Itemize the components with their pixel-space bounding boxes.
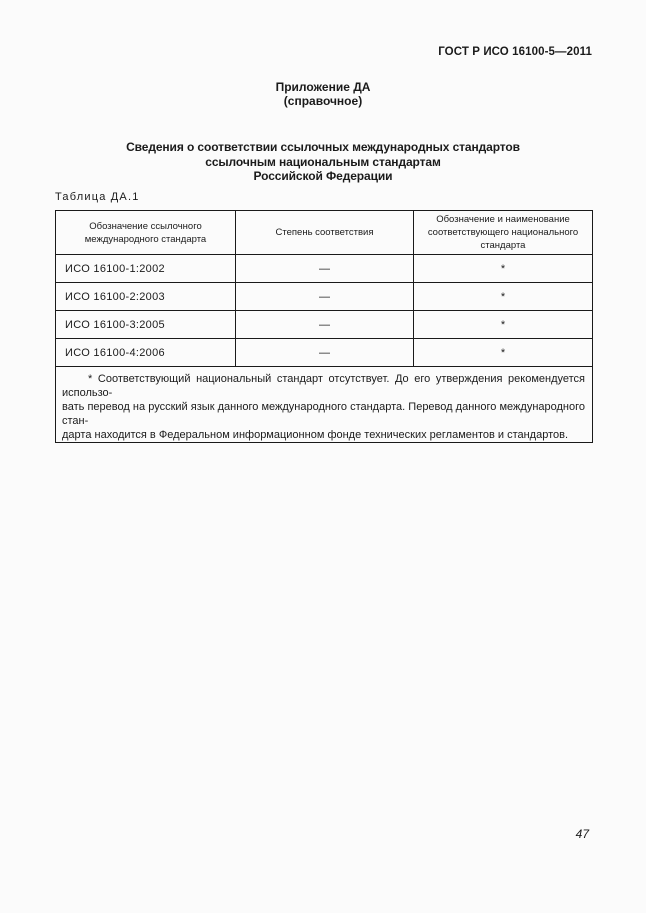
title-line: Российской Федерации <box>0 169 646 184</box>
cell-international-standard: ИСО 16100-3:2005 <box>56 311 236 339</box>
cell-international-standard: ИСО 16100-1:2002 <box>56 255 236 283</box>
table-row: ИСО 16100-2:2003 — * <box>56 283 593 311</box>
standards-correspondence-table: Обозначение ссылочного международного ст… <box>55 210 593 443</box>
cell-international-standard: ИСО 16100-4:2006 <box>56 339 236 367</box>
table-row: ИСО 16100-1:2002 — * <box>56 255 593 283</box>
table-row: ИСО 16100-3:2005 — * <box>56 311 593 339</box>
document-page: ГОСТ Р ИСО 16100-5—2011 Приложение ДА (с… <box>0 0 646 913</box>
table-footnote: * Соответствующий национальный стандарт … <box>56 367 593 443</box>
cell-national-standard: * <box>414 339 593 367</box>
cell-national-standard: * <box>414 283 593 311</box>
table-header-row: Обозначение ссылочного международного ст… <box>56 211 593 255</box>
cell-correspondence-degree: — <box>236 311 414 339</box>
table-row: ИСО 16100-4:2006 — * <box>56 339 593 367</box>
table-footnote-row: * Соответствующий национальный стандарт … <box>56 367 593 443</box>
cell-correspondence-degree: — <box>236 255 414 283</box>
cell-national-standard: * <box>414 255 593 283</box>
cell-international-standard: ИСО 16100-2:2003 <box>56 283 236 311</box>
footnote-line: * Соответствующий национальный стандарт … <box>62 372 585 400</box>
cell-correspondence-degree: — <box>236 283 414 311</box>
column-header-correspondence-degree: Степень соответствия <box>236 211 414 255</box>
annex-title: Приложение ДА <box>0 80 646 94</box>
document-code-header: ГОСТ Р ИСО 16100-5—2011 <box>0 46 592 58</box>
cell-correspondence-degree: — <box>236 339 414 367</box>
annex-heading: Приложение ДА (справочное) <box>0 80 646 108</box>
column-header-international-standard: Обозначение ссылочного международного ст… <box>56 211 236 255</box>
annex-type: (справочное) <box>0 94 646 108</box>
footnote-line: вать перевод на русский язык данного меж… <box>62 400 585 428</box>
title-line: Сведения о соответствии ссылочных междун… <box>0 140 646 155</box>
footnote-line: дарта находится в Федеральном информацио… <box>62 428 585 442</box>
cell-national-standard: * <box>414 311 593 339</box>
table-caption: Таблица ДА.1 <box>55 191 140 203</box>
title-line: ссылочным национальным стандартам <box>0 155 646 170</box>
column-header-national-standard: Обозначение и наименование соответствующ… <box>414 211 593 255</box>
document-title: Сведения о соответствии ссылочных междун… <box>0 140 646 184</box>
page-number: 47 <box>576 827 589 841</box>
